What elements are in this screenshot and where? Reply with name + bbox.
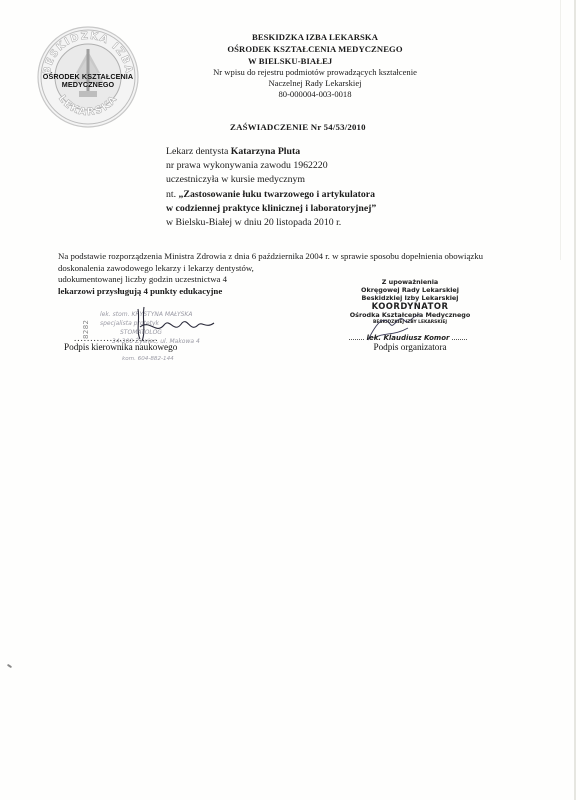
scan-shadow bbox=[560, 0, 561, 260]
header-line: OŚRODEK KSZTAŁCENIA MEDYCZNEGO bbox=[190, 43, 440, 55]
stamp-text: kom. 604-882-144 bbox=[122, 356, 174, 362]
recipient-name: Katarzyna Pluta bbox=[231, 146, 300, 157]
signature-caption: Podpis kierownika naukowego bbox=[64, 342, 177, 352]
stamp-text: Z upoważnienia bbox=[340, 278, 480, 286]
header-line: W BIELSKU-BIAŁEJ bbox=[190, 55, 440, 67]
header-line: Nr wpisu do rejestru podmiotów prowadząc… bbox=[190, 67, 440, 78]
participation-line: uczestniczyła w kursie medycznym bbox=[166, 173, 466, 187]
date-line: w Bielsku-Białej w dniu 20 listopada 201… bbox=[166, 216, 466, 230]
course-prefix: nt. bbox=[166, 189, 179, 200]
organizer-signature: Z upoważnienia Okręgowej Rady Lekarskiej… bbox=[340, 278, 480, 326]
institution-seal: BESKIDZKA IZBA LEKARSKA OŚRODEK KSZTAŁCE… bbox=[36, 25, 140, 129]
certificate-body: Lekarz dentysta Katarzyna Pluta nr prawa… bbox=[166, 145, 466, 230]
signature-caption: Podpis organizatora bbox=[340, 342, 480, 352]
license-line: nr prawa wykonywania zawodu 1962220 bbox=[166, 159, 466, 173]
seal-center-text: MEDYCZNEGO bbox=[36, 81, 140, 89]
stamp-text: Okręgowej Rady Lekarskiej bbox=[340, 286, 480, 294]
paragraph-line: doskonalenia zawodowego lekarzy i lekarz… bbox=[58, 263, 438, 275]
signature-line: ........ lek. Klaudiusz Komor ........ bbox=[308, 333, 508, 342]
course-title-line: nt. „Zastosowanie łuku twarzowego i arty… bbox=[166, 188, 466, 202]
recipient-line: Lekarz dentysta Katarzyna Pluta bbox=[166, 145, 466, 159]
signature-dots: ........ bbox=[451, 333, 467, 342]
registry-number: 80-000004-003-0018 bbox=[190, 89, 440, 100]
scan-speck bbox=[7, 664, 12, 669]
signature-dots: ........ bbox=[349, 333, 365, 342]
paragraph-line: Na podstawie rozporządzenia Ministra Zdr… bbox=[58, 251, 438, 263]
course-title-line: w codziennej praktyce klinicznej i labor… bbox=[166, 202, 466, 216]
certificate-title: ZAŚWIADCZENIE Nr 54/53/2010 bbox=[230, 122, 366, 132]
course-title-cont: w codziennej praktyce klinicznej i labor… bbox=[166, 203, 376, 214]
signatory-name: lek. Klaudiusz Komor bbox=[367, 334, 450, 342]
page-edge bbox=[574, 0, 576, 800]
course-title: „Zastosowanie łuku twarzowego i artykula… bbox=[179, 189, 375, 200]
scientific-director-signature: 8282 lek. stom. KRYSTYNA MAŁYSKA specjal… bbox=[60, 305, 230, 375]
header-line: Naczelnej Rady Lekarskiej bbox=[190, 78, 440, 89]
document-page: BESKIDZKA IZBA LEKARSKA OŚRODEK KSZTAŁCE… bbox=[0, 0, 580, 800]
recipient-title: Lekarz dentysta bbox=[166, 146, 231, 157]
header-line: BESKIDZKA IZBA LEKARSKA bbox=[190, 31, 440, 43]
letterhead: BESKIDZKA IZBA LEKARSKA OŚRODEK KSZTAŁCE… bbox=[190, 31, 440, 100]
